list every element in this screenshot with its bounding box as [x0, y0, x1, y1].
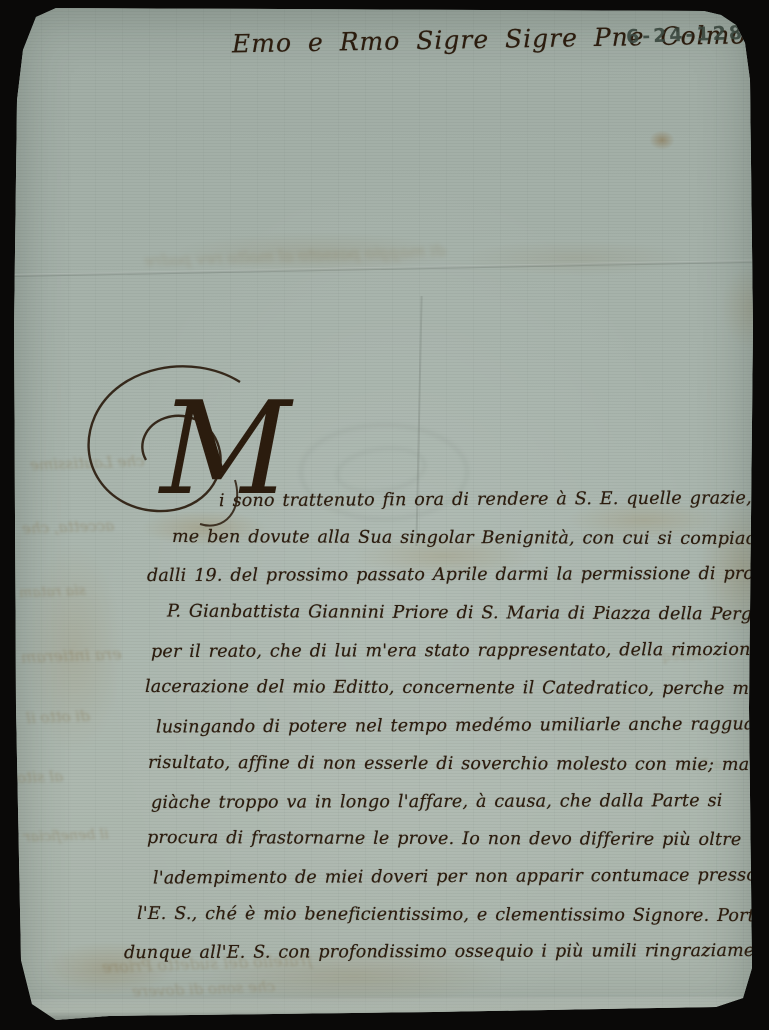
letter-body: i sono trattenuto fin ora di rendere à S… [119, 482, 767, 972]
body-line: lusingando di potere nel tempo medémo um… [119, 706, 767, 747]
scan-background: che Lautissime accetta, che sia ratam er… [0, 0, 769, 1030]
body-line: dalli 19. del prossimo passato Aprile da… [119, 556, 767, 596]
paper-bottom-fold-edge [24, 997, 748, 1022]
body-line: dunque all'E. S. con profondissimo osseq… [119, 933, 767, 973]
horizontal-fold-crease [14, 259, 769, 277]
body-line: P. Gianbattista Giannini Priore di S. Ma… [119, 593, 767, 634]
bleedthrough-fragment: di otto il [26, 707, 90, 727]
bleedthrough-fragment: al sito [17, 767, 64, 787]
body-line: lacerazione del mio Editto, concernente … [119, 669, 767, 709]
bleedthrough-fragment: sia ratam [19, 583, 86, 601]
body-line: l'adempimento de miei doveri per non app… [119, 857, 767, 898]
bleedthrough-fragment: che sono di dovere [132, 978, 276, 1001]
body-line: procura di frastornarne le prove. Io non… [119, 820, 767, 860]
archival-number: 6-24-128 [626, 22, 746, 48]
body-line: i sono trattenuto fin ora di rendere à S… [119, 480, 767, 521]
body-line: risultato, affine di non esserle di sove… [119, 745, 767, 785]
body-line: me ben dovute alla Sua singolar Benignit… [119, 519, 767, 559]
body-line: l'E. S., ché è mio beneficientissimo, e … [119, 895, 767, 935]
letter-page: che Lautissime accetta, che sia ratam er… [14, 8, 754, 1020]
body-line: per il reato, che di lui m'era stato rap… [119, 632, 767, 672]
salutation-line: Emo e Rmo Sigre Sigre Pne Colmo [232, 23, 612, 59]
body-line: giàche troppo va in longo l'affare, à ca… [119, 782, 767, 822]
bleedthrough-fragment: era intieram [21, 644, 122, 666]
bleedthrough-fragment: il beneficiar [24, 827, 109, 846]
